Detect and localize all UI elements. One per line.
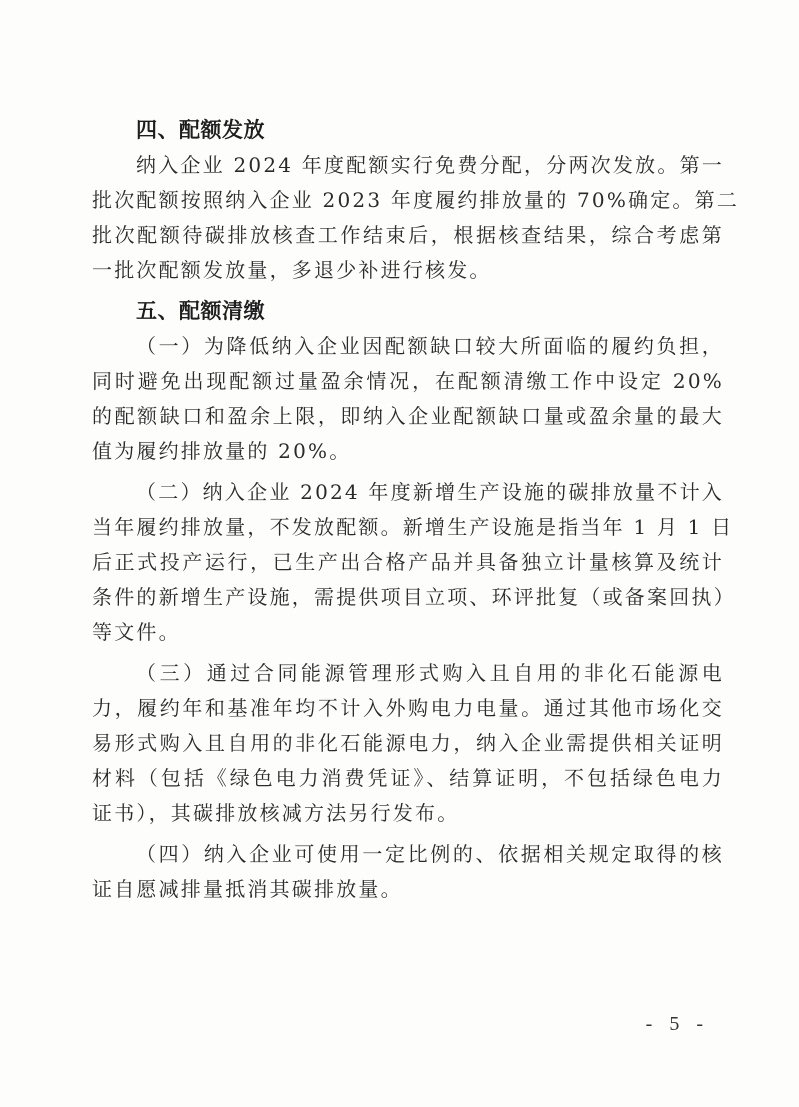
text-line: 条件的新增生产设施，需提供项目立项、环评批复（或备案回执） [92, 580, 724, 615]
text-line: 值为履约排放量的 20%。 [92, 434, 724, 469]
page-number: - 5 - [646, 1013, 709, 1036]
text-line: 易形式购入且自用的非化石能源电力，纳入企业需提供相关证明 [92, 726, 724, 761]
text-line: 纳入企业 2024 年度配额实行免费分配，分两次发放。第一 [92, 148, 724, 183]
text-line: 证自愿减排量抵消其碳排放量。 [92, 872, 724, 907]
text-line: 力，履约年和基准年均不计入外购电力电量。通过其他市场化交 [92, 691, 724, 726]
paragraph-clause-4: （四）纳入企业可使用一定比例的、依据相关规定取得的核 证自愿减排量抵消其碳排放量… [92, 837, 724, 907]
text-line: 同时避免出现配额过量盈余情况，在配额清缴工作中设定 20% [92, 364, 724, 399]
text-line: 批次配额待碳排放核查工作结束后，根据核查结果，综合考虑第 [92, 218, 724, 253]
text-line: 的配额缺口和盈余上限，即纳入企业配额缺口量或盈余量的最大 [92, 399, 724, 434]
section-heading-allocation-surrender: 五、配额清缴 [92, 294, 724, 329]
text-line: （一）为降低纳入企业因配额缺口较大所面临的履约负担， [92, 329, 724, 364]
section-heading-allocation-issuance: 四、配额发放 [92, 113, 724, 148]
text-line: 批次配额按照纳入企业 2023 年度履约排放量的 70%确定。第二 [92, 183, 724, 218]
text-line: 等文件。 [92, 615, 724, 650]
text-line: （三）通过合同能源管理形式购入且自用的非化石能源电 [92, 656, 724, 691]
text-line: 后正式投产运行，已生产出合格产品并具备独立计量核算及统计 [92, 545, 724, 580]
text-line: 一批次配额发放量，多退少补进行核发。 [92, 253, 724, 288]
text-line: （四）纳入企业可使用一定比例的、依据相关规定取得的核 [92, 837, 724, 872]
text-line: 证书），其碳排放核减方法另行发布。 [92, 796, 724, 831]
paragraph-allocation-issuance: 纳入企业 2024 年度配额实行免费分配，分两次发放。第一 批次配额按照纳入企业… [92, 148, 724, 288]
text-line: 材料（包括《绿色电力消费凭证》、结算证明，不包括绿色电力 [92, 761, 724, 796]
text-line: （二）纳入企业 2024 年度新增生产设施的碳排放量不计入 [92, 475, 724, 510]
paragraph-clause-2: （二）纳入企业 2024 年度新增生产设施的碳排放量不计入 当年履约排放量，不发… [92, 475, 724, 650]
paragraph-clause-1: （一）为降低纳入企业因配额缺口较大所面临的履约负担， 同时避免出现配额过量盈余情… [92, 329, 724, 469]
paragraph-clause-3: （三）通过合同能源管理形式购入且自用的非化石能源电 力，履约年和基准年均不计入外… [92, 656, 724, 831]
document-page: 四、配额发放 纳入企业 2024 年度配额实行免费分配，分两次发放。第一 批次配… [92, 113, 724, 907]
text-line: 当年履约排放量，不发放配额。新增生产设施是指当年 1 月 1 日 [92, 510, 724, 545]
